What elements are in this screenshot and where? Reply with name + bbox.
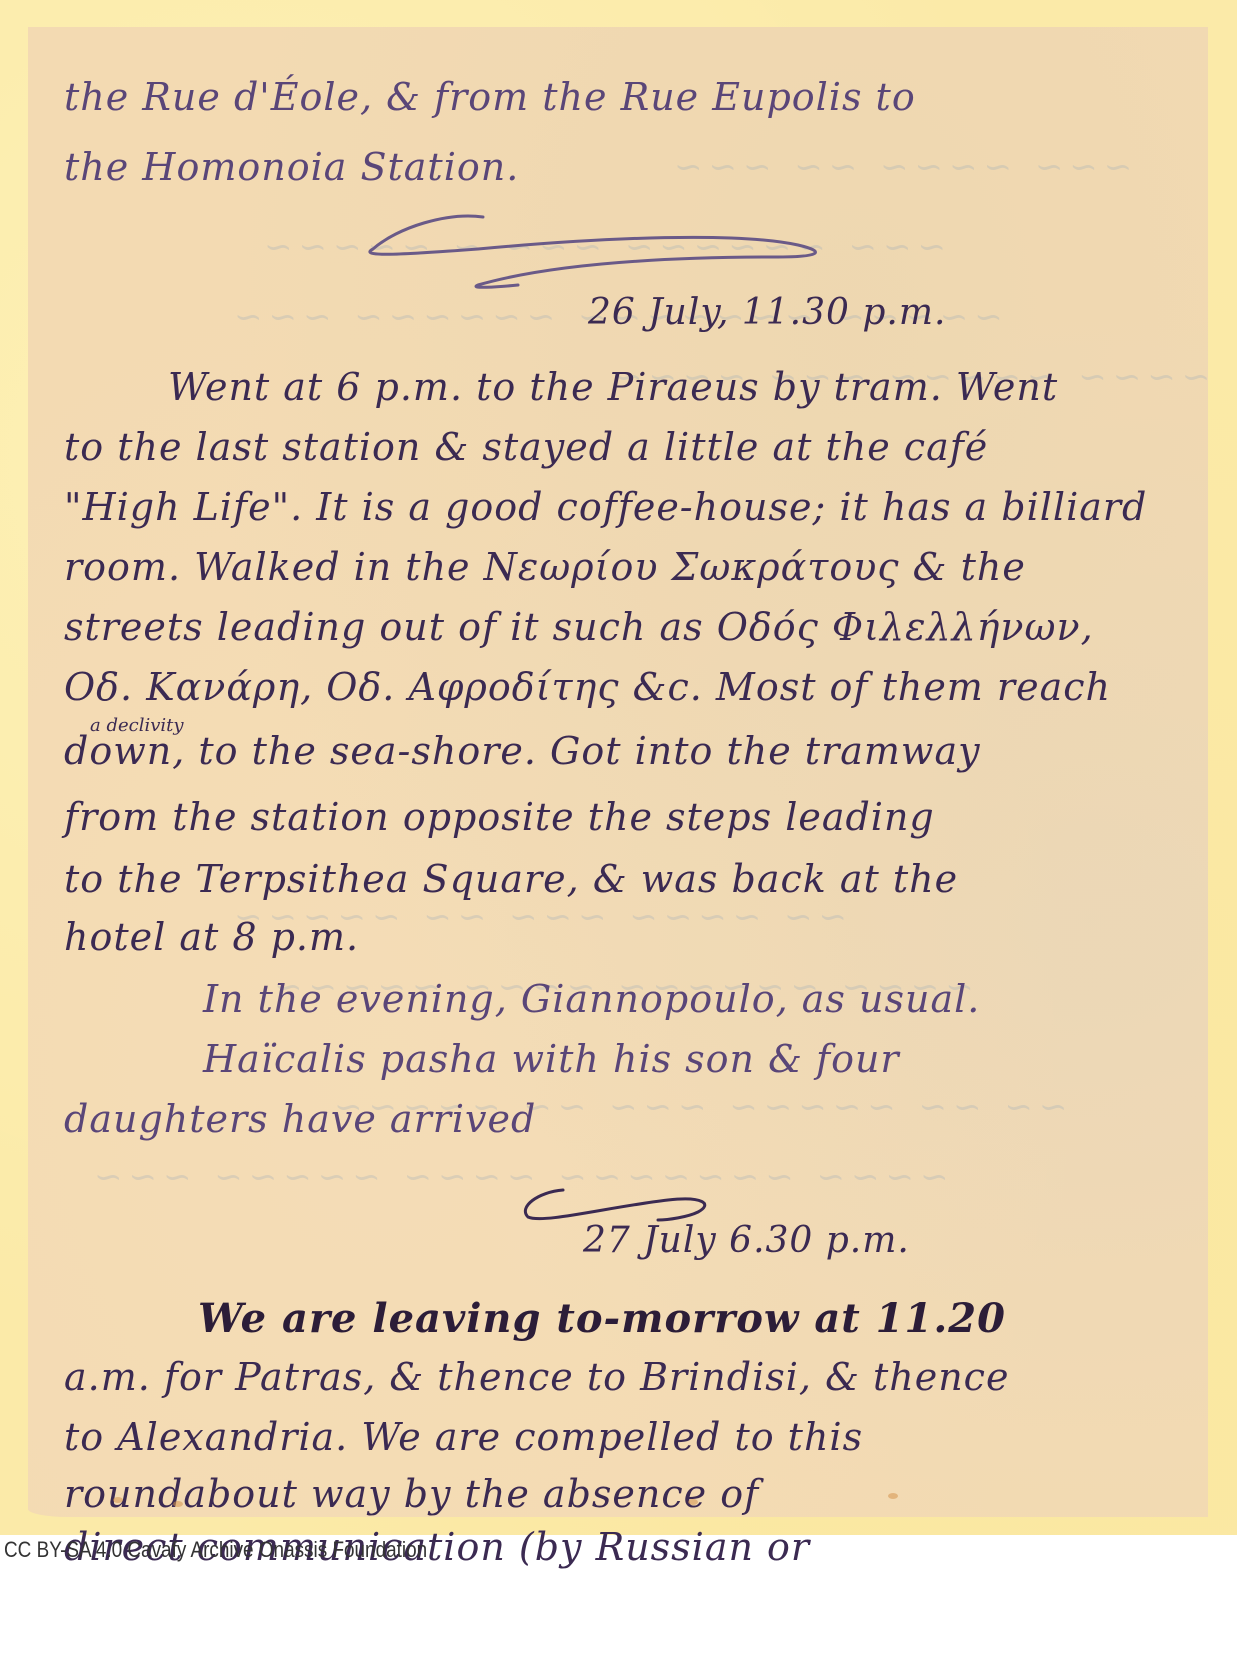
foxing-spot [688,1499,698,1505]
text-line: down, to the sea-shore. Got into the tra… [64,729,981,773]
text-line: the Rue d'Éole, & from the Rue Eupolis t… [64,75,916,119]
foxing-spot [173,1501,183,1507]
license-credit: CC BY-SA 4.0 Cavafy Archive Onassis Foun… [4,1537,427,1563]
entry-date: 26 July, 11.30 p.m. [588,292,946,333]
text-line: Οδ. Κανάρη, Οδ. Αφροδίτης &c. Most of th… [64,665,1111,709]
text-line: "High Life". It is a good coffee-house; … [64,485,1147,529]
text-line: to the last station & stayed a little at… [64,425,988,469]
text-line: to Alexandria. We are compelled to this [64,1415,863,1459]
scan-background: ~~~ ~~~~ ~~ ~~~ ~~~ ~~~~~~ ~~~ ~ ~~~~~ ~… [0,0,1237,1535]
text-line: the Homonoia Station. [64,145,519,189]
text-line-emphasized: We are leaving to-morrow at 11.20 [198,1295,1006,1342]
foxing-spot [113,1497,123,1503]
foxing-spot [888,1493,898,1499]
text-line: roundabout way by the absence of [64,1472,759,1516]
text-line: In the evening, Giannopoulo, as usual. [203,977,980,1021]
text-line: streets leading out of it such as Οδός Φ… [64,605,1094,649]
text-line: daughters have arrived [64,1097,536,1141]
entry-date: 27 July 6.30 p.m. [583,1220,910,1261]
flourish-separator [358,207,838,292]
text-line: a.m. for Patras, & thence to Brindisi, &… [64,1355,1009,1399]
manuscript-paper: ~~~ ~~~~ ~~ ~~~ ~~~ ~~~~~~ ~~~ ~ ~~~~~ ~… [28,27,1208,1517]
bleed-through-text: ~~~ ~~~~ ~~ ~~~ [668,147,1132,187]
text-line: Went at 6 p.m. to the Piraeus by tram. W… [168,365,1058,409]
text-line: from the station opposite the steps lead… [64,795,935,839]
text-line: room. Walked in the Νεωρίου Σωκράτους & … [64,545,1026,589]
text-line: hotel at 8 p.m. [64,915,359,959]
text-line: Haïcalis pasha with his son & four [203,1037,900,1081]
text-line: to the Terpsithea Square, & was back at … [64,857,958,901]
